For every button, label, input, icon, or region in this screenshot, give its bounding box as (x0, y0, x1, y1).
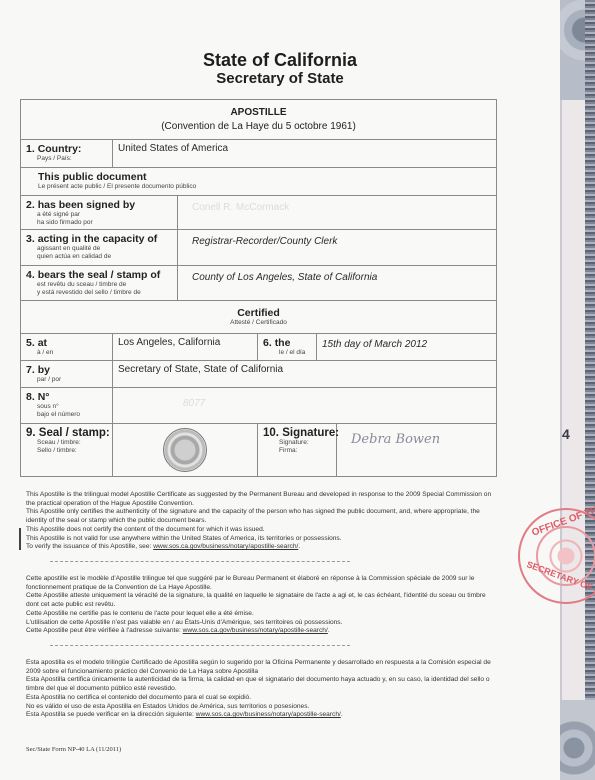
the-sub: le / el día (263, 349, 311, 357)
signature-sub-fr: Signature: (263, 439, 331, 447)
signed-by-value: Conell R. McCormack (192, 202, 491, 213)
notes-english: This Apostille is the trilingual model A… (26, 491, 496, 552)
note-line: Esta Apostilla se puede verificar en la … (26, 711, 496, 720)
certified-sub: Attesté / Certificado (26, 319, 491, 327)
separator-line (50, 561, 350, 562)
by-row: 7. by par / por Secretary of State, Stat… (21, 361, 496, 388)
capacity-sub-fr: agissant en qualité de (26, 245, 172, 253)
field-number: 4. (26, 269, 35, 281)
state-seal-icon (163, 428, 207, 472)
separator-line (50, 645, 350, 646)
seal-stamp-sub-es: Sello / timbre: (26, 447, 107, 455)
form-footer: Sec/State Form NP-40 LA (11/2011) (26, 746, 121, 753)
notes-french: Cette apostille est le modèle d'Apostill… (26, 575, 496, 636)
country-sub: Pays / País: (26, 155, 107, 163)
seal-of-sub-fr: est revêtu du sceau / timbre de (26, 281, 172, 289)
note-line: Cette apostille est le modèle d'Apostill… (26, 575, 496, 592)
note-line: Esta apostilla es el modelo trilingüe Ce… (26, 659, 496, 676)
at-label: at (38, 337, 47, 349)
capacity-value: Registrar-Recorder/County Clerk (192, 236, 491, 247)
underlying-certificate-edge: 4 (560, 0, 595, 780)
country-label: Country: (38, 143, 82, 155)
seal-of-label: bears the seal / stamp of (38, 269, 161, 281)
notes-spanish: Esta apostilla es el modelo trilingüe Ce… (26, 659, 496, 720)
certificate-strip (563, 100, 585, 700)
verify-text: Cette Apostille peut être vérifiée à l'a… (26, 627, 183, 634)
public-document-sub: Le présent acte public / El presente doc… (38, 183, 491, 191)
number-sub-es: bajo el número (26, 411, 107, 419)
signature-label: Signature: (282, 427, 339, 439)
page-subtitle: Secretary of State (0, 70, 560, 87)
verify-text: To verify the issuance of this Apostille… (26, 543, 153, 550)
field-number: 1. (26, 143, 35, 155)
capacity-sub-es: quien actúa en calidad de (26, 253, 172, 261)
at-date-row: 5. at à / en Los Angeles, California 6. … (21, 334, 496, 361)
number-row: 8. N° sous n° bajo el número 8077 (21, 388, 496, 424)
country-value: United States of America (118, 143, 491, 154)
certificate-border (585, 0, 595, 780)
field-number: 2. (26, 199, 35, 211)
field-number: 9. (26, 427, 36, 439)
the-label: the (275, 337, 291, 349)
verify-text: Esta Apostilla se puede verificar en la … (26, 711, 196, 718)
note-line: No es válido el uso de esta Apostilla en… (26, 703, 496, 712)
form-heading-row: APOSTILLE (Convention de La Haye du 5 oc… (21, 100, 496, 140)
seal-stamp-label: Seal / stamp: (39, 427, 110, 439)
field-number: 6. (263, 337, 272, 349)
note-line: Cette Apostille ne certifie pas le conte… (26, 610, 496, 619)
certified-label: Certified (26, 307, 491, 319)
certified-row: Certified Attesté / Certificado (21, 301, 496, 334)
by-value: Secretary of State, State of California (118, 364, 491, 375)
seal-of-sub-es: y está revestido del sello / timbre de (26, 289, 172, 297)
seal-of-row: 4. bears the seal / stamp of est revêtu … (21, 266, 496, 301)
at-value: Los Angeles, California (118, 337, 252, 348)
date-value: 15th day of March 2012 (322, 339, 491, 350)
apostille-form: APOSTILLE (Convention de La Haye du 5 oc… (20, 99, 497, 477)
verify-link[interactable]: www.sos.ca.gov/business/notary/apostille… (196, 711, 341, 718)
apostille-heading: APOSTILLE (26, 107, 491, 118)
by-label: by (38, 364, 50, 376)
signed-by-label: has been signed by (38, 199, 135, 211)
note-line: L'utilisation de cette Apostille n'est p… (26, 619, 496, 628)
note-line: This Apostille is the trilingual model A… (26, 491, 496, 508)
note-line: This Apostille is not valid for use anyw… (26, 535, 496, 544)
ornament-icon (560, 700, 595, 780)
verify-link[interactable]: www.sos.ca.gov/business/notary/apostille… (153, 543, 298, 550)
capacity-row: 3. acting in the capacity of agissant en… (21, 230, 496, 266)
number-label: N° (38, 391, 50, 403)
convention-text: (Convention de La Haye du 5 octobre 1961… (26, 121, 491, 132)
by-sub: par / por (26, 376, 107, 384)
note-line: To verify the issuance of this Apostille… (26, 543, 496, 552)
number-value: 8077 (183, 398, 491, 409)
signature-sub-es: Firma: (263, 447, 331, 455)
country-row: 1. Country: Pays / País: United States o… (21, 140, 496, 168)
signed-by-sub-es: ha sido firmado por (26, 219, 172, 227)
note-line: Cette Apostille peut être vérifiée à l'a… (26, 627, 496, 636)
certificate-number: 4 (562, 426, 570, 442)
field-number: 7. (26, 364, 35, 376)
note-line: This Apostille does not certify the cont… (26, 526, 496, 535)
field-number: 3. (26, 233, 35, 245)
field-number: 8. (26, 391, 35, 403)
signature-value: Debra Bowen (351, 432, 440, 447)
verify-link[interactable]: www.sos.ca.gov/business/notary/apostille… (183, 627, 328, 634)
number-sub-fr: sous n° (26, 403, 107, 411)
capacity-label: acting in the capacity of (38, 233, 158, 245)
note-line: Esta Apostilla certifica únicamente la a… (26, 676, 496, 693)
field-number: 5. (26, 337, 35, 349)
field-number: 10. (263, 427, 279, 439)
note-line: Cette Apostille atteste uniquement la vé… (26, 592, 496, 609)
at-sub: à / en (26, 349, 107, 357)
note-line: This Apostille only certifies the authen… (26, 508, 496, 525)
public-document-row: This public document Le présent acte pub… (21, 168, 496, 196)
page-title: State of California (0, 50, 560, 71)
public-document-label: This public document (38, 171, 491, 183)
signed-by-sub-fr: a été signé par (26, 211, 172, 219)
seal-signature-row: 9. Seal / stamp: Sceau / timbre: Sello /… (21, 424, 496, 476)
seal-of-value: County of Los Angeles, State of Californ… (192, 272, 491, 283)
signed-by-row: 2. has been signed by a été signé par ha… (21, 196, 496, 230)
margin-mark (19, 528, 21, 550)
apostille-page: State of California Secretary of State A… (0, 0, 560, 780)
note-line: Esta Apostilla no certifica el contenido… (26, 694, 496, 703)
seal-stamp-sub-fr: Sceau / timbre: (26, 439, 107, 447)
